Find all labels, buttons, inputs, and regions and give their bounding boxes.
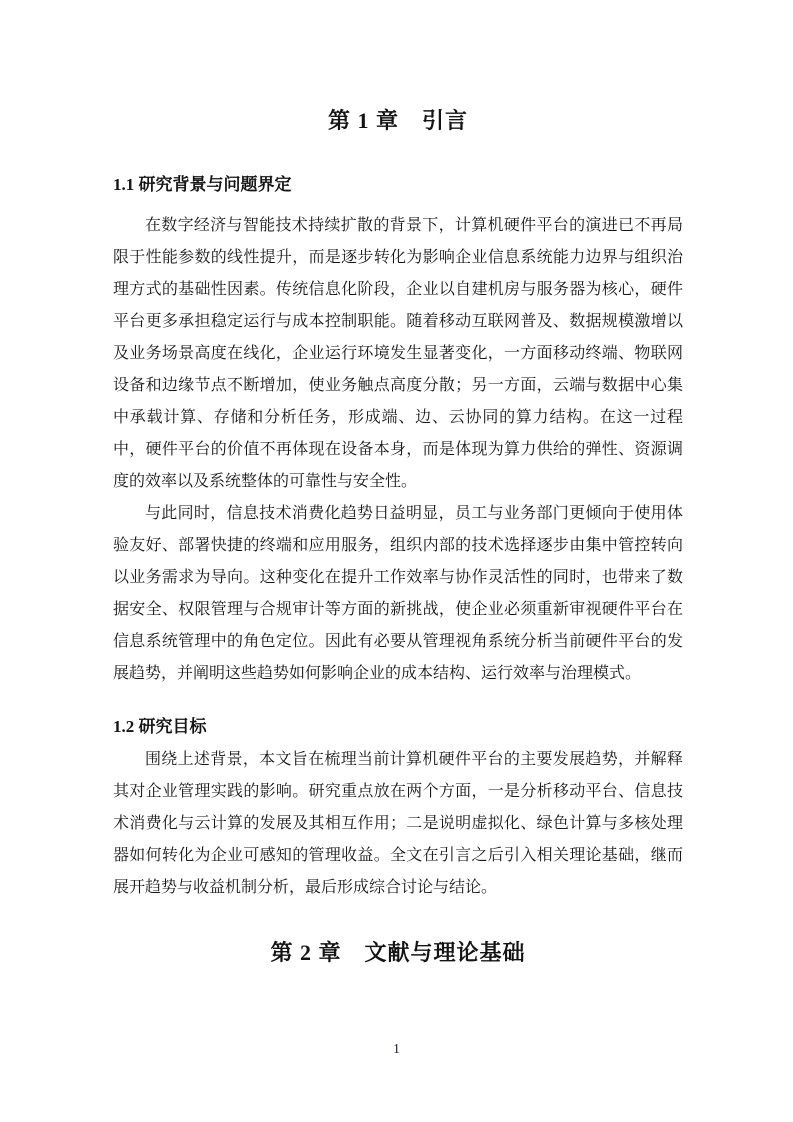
section-1-2-paragraph-1: 围绕上述背景，本文旨在梳理当前计算机硬件平台的主要发展趋势，并解释其对企业管理实…	[113, 744, 683, 904]
document-page: 第 1 章 引言 1.1 研究背景与问题界定 在数字经济与智能技术持续扩散的背景…	[0, 0, 793, 1122]
section-1-1-paragraph-2: 与此同时，信息技术消费化趋势日益明显，员工与业务部门更倾向于使用体验友好、部署快…	[113, 498, 683, 690]
section-1-1-heading: 1.1 研究背景与问题界定	[113, 173, 683, 197]
chapter-1-title: 第 1 章 引言	[113, 106, 683, 136]
chapter-2-title: 第 2 章 文献与理论基础	[113, 938, 683, 968]
section-1-2-heading: 1.2 研究目标	[113, 715, 683, 739]
section-1-1-paragraph-1: 在数字经济与智能技术持续扩散的背景下，计算机硬件平台的演进已不再局限于性能参数的…	[113, 210, 683, 498]
page-number: 1	[0, 1042, 793, 1058]
